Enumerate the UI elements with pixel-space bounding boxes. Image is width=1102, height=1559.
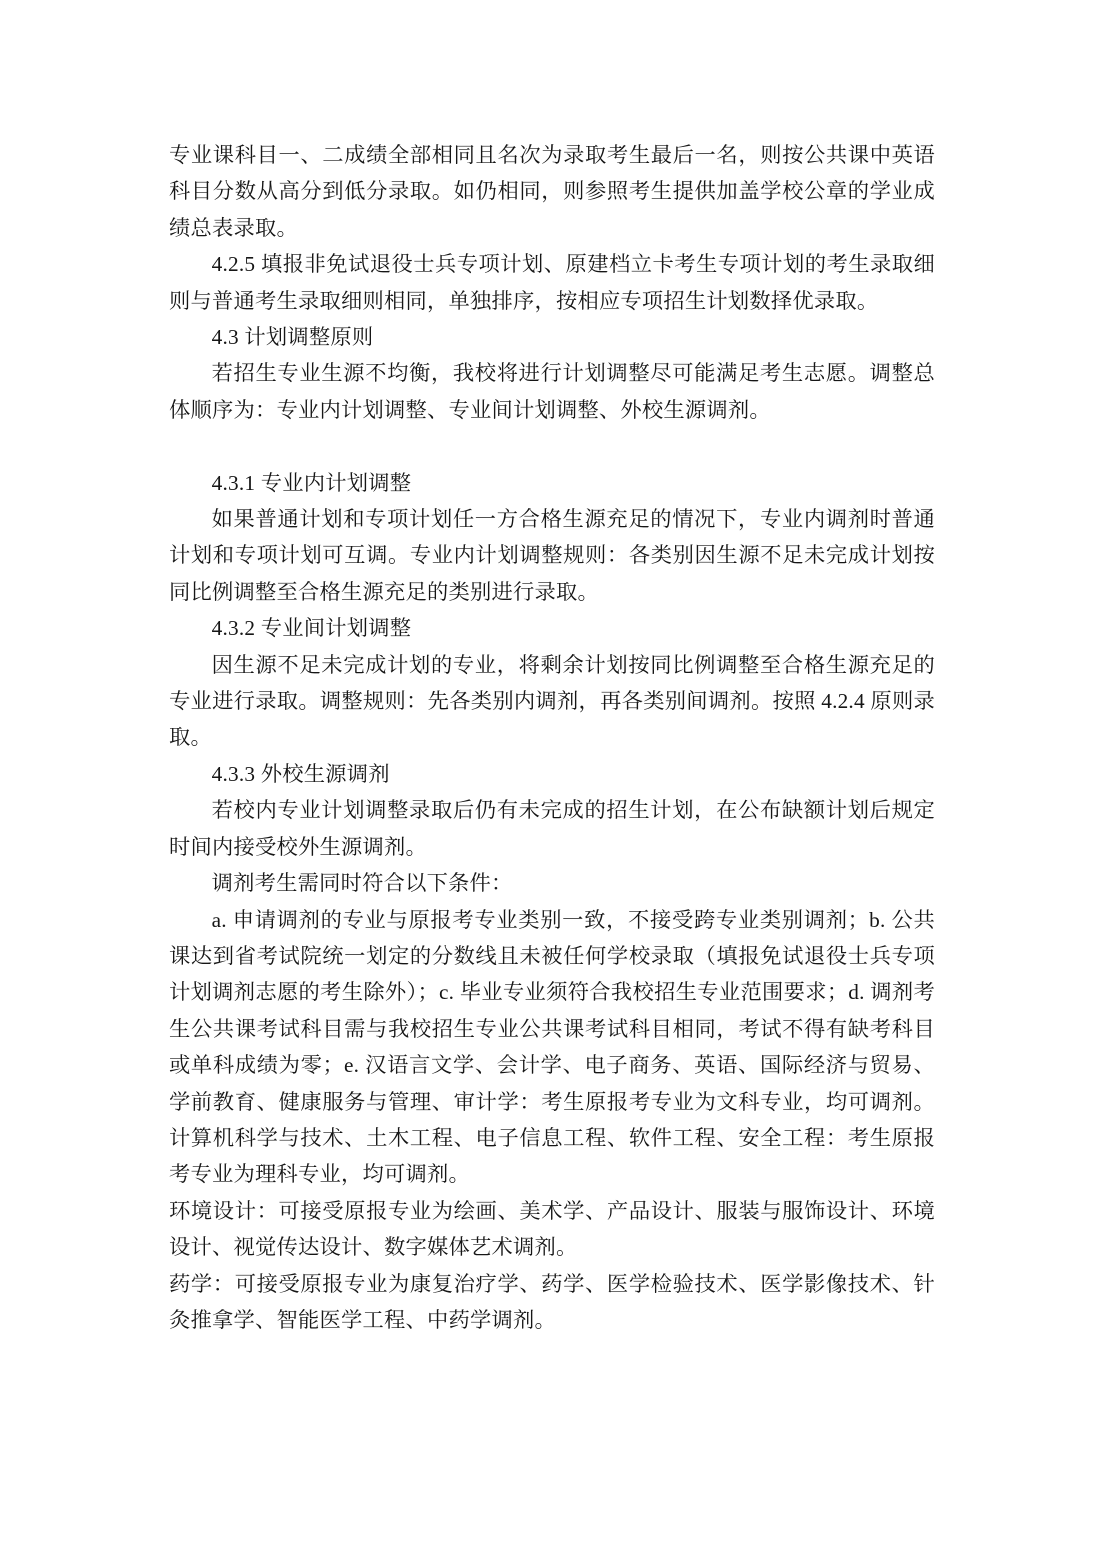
paragraph: a. 申请调剂的专业与原报考专业类别一致，不接受跨专业类别调剂；b. 公共课达到…: [169, 902, 935, 1193]
paragraph: 专业课科目一、二成绩全部相同且名次为录取考生最后一名，则按公共课中英语科目分数从…: [169, 137, 935, 246]
paragraph: 调剂考生需同时符合以下条件：: [169, 865, 935, 901]
paragraph: 4.3.2 专业间计划调整: [169, 610, 935, 646]
paragraph: 4.3.3 外校生源调剂: [169, 756, 935, 792]
paragraph: 因生源不足未完成计划的专业，将剩余计划按同比例调整至合格生源充足的专业进行录取。…: [169, 647, 935, 756]
paragraph: 如果普通计划和专项计划任一方合格生源充足的情况下，专业内调剂时普通计划和专项计划…: [169, 501, 935, 610]
paragraph: 4.2.5 填报非免试退役士兵专项计划、原建档立卡考生专项计划的考生录取细则与普…: [169, 246, 935, 319]
text-block: 专业课科目一、二成绩全部相同且名次为录取考生最后一名，则按公共课中英语科目分数从…: [169, 137, 935, 1338]
paragraph: 若招生专业生源不均衡，我校将进行计划调整尽可能满足考生志愿。调整总体顺序为：专业…: [169, 355, 935, 428]
paragraph: 4.3.1 专业内计划调整: [169, 465, 935, 501]
paragraph: 环境设计：可接受原报专业为绘画、美术学、产品设计、服装与服饰设计、环境设计、视觉…: [169, 1193, 935, 1266]
paragraph: 药学：可接受原报专业为康复治疗学、药学、医学检验技术、医学影像技术、针灸推拿学、…: [169, 1266, 935, 1339]
paragraph: 4.3 计划调整原则: [169, 319, 935, 355]
paragraph: 若校内专业计划调整录取后仍有未完成的招生计划，在公布缺额计划后规定时间内接受校外…: [169, 792, 935, 865]
blank-line: [169, 428, 935, 464]
document-page: 专业课科目一、二成绩全部相同且名次为录取考生最后一名，则按公共课中英语科目分数从…: [0, 0, 1102, 1559]
